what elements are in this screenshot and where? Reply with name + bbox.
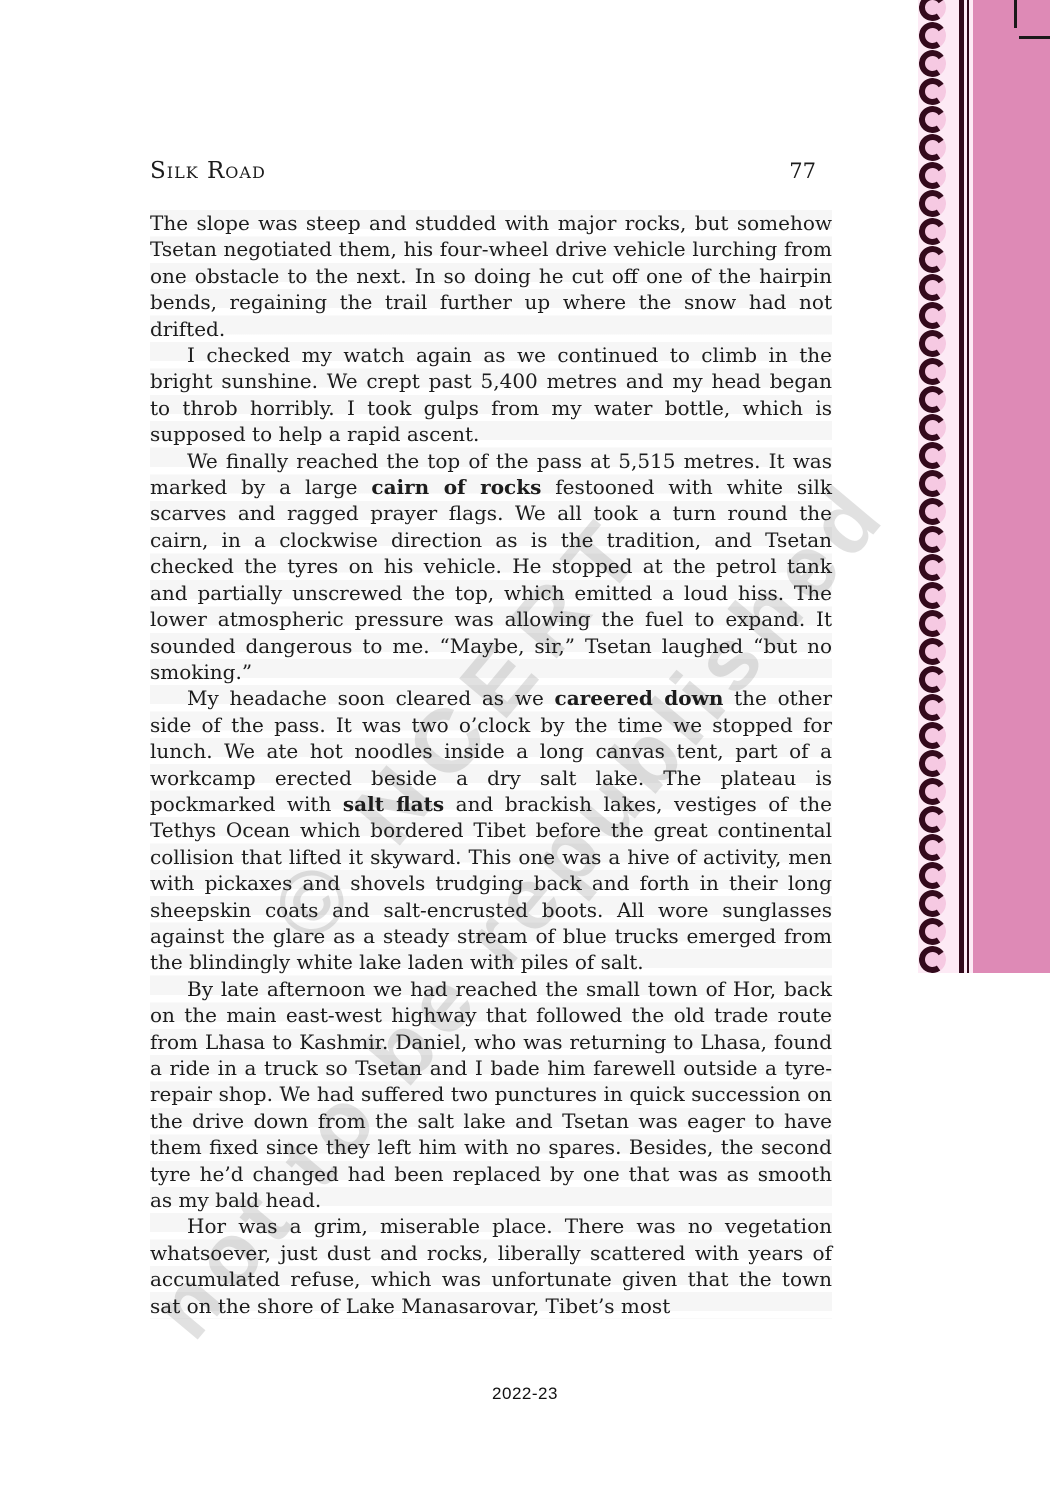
scroll-ornament (918, 104, 948, 135)
border-rule-thin (967, 0, 969, 973)
scroll-ornament (918, 20, 948, 51)
text-segment: I checked my watch again as we continued… (150, 343, 832, 446)
text-segment: Hor was a grim, miserable place. There w… (150, 1214, 832, 1317)
page-header: Silk Road 77 (150, 158, 832, 184)
scroll-ornament (918, 0, 948, 23)
scroll-ornament (918, 580, 948, 611)
scroll-ornament (918, 272, 948, 303)
scroll-border-band (918, 0, 973, 973)
page-footer: 2022-23 (0, 1384, 1050, 1404)
scroll-ornament (918, 804, 948, 835)
scroll-ornament (918, 216, 948, 247)
paragraph: My headache soon cleared as we careered … (150, 685, 832, 975)
text-segment: By late afternoon we had reached the sma… (150, 977, 832, 1212)
scroll-ornament (918, 384, 948, 415)
scroll-ornament (918, 692, 948, 723)
scroll-ornament (918, 76, 948, 107)
scroll-ornament (918, 356, 948, 387)
scroll-ornament (918, 48, 948, 79)
border-rule-thick (959, 0, 964, 973)
scroll-ornament (918, 832, 948, 863)
scroll-ornament (918, 188, 948, 219)
text-segment: festooned with white silk scarves and ra… (150, 475, 832, 684)
paragraph: By late afternoon we had reached the sma… (150, 976, 832, 1214)
scroll-ornament (918, 132, 948, 163)
scroll-ornament (918, 328, 948, 359)
glossary-bold-phrase: careered down (555, 686, 724, 710)
scroll-ornament-column (919, 0, 946, 973)
scroll-ornament (918, 496, 948, 527)
scroll-ornament (918, 160, 948, 191)
scroll-ornament (918, 608, 948, 639)
text-segment: My headache soon cleared as we (187, 686, 555, 710)
scroll-ornament (918, 776, 948, 807)
crop-mark-vertical (1014, 0, 1017, 28)
edition-year: 2022-23 (492, 1384, 558, 1403)
crop-mark-horizontal (1019, 36, 1050, 39)
paragraph: I checked my watch again as we continued… (150, 342, 832, 448)
text-segment: The slope was steep and studded with maj… (150, 211, 832, 341)
scroll-ornament (918, 720, 948, 751)
paragraph: The slope was steep and studded with maj… (150, 210, 832, 342)
scroll-ornament (918, 440, 948, 471)
glossary-bold-phrase: cairn of rocks (371, 475, 541, 499)
scroll-ornament (918, 664, 948, 695)
scroll-ornament (918, 860, 948, 891)
pink-edge-strip (973, 0, 1050, 973)
paragraph: Hor was a grim, miserable place. There w… (150, 1213, 832, 1319)
scroll-ornament (918, 300, 948, 331)
scroll-ornament (918, 524, 948, 555)
paragraph: We finally reached the top of the pass a… (150, 448, 832, 686)
book-page: © NCERT not to be republished Silk Road … (0, 0, 1050, 1500)
scroll-ornament (918, 552, 948, 583)
scroll-ornament (918, 244, 948, 275)
body-paragraphs: The slope was steep and studded with maj… (150, 210, 832, 1319)
scroll-ornament (918, 748, 948, 779)
scroll-ornament (918, 916, 948, 947)
page-number: 77 (789, 159, 832, 183)
scroll-ornament (918, 412, 948, 443)
glossary-bold-phrase: salt flats (343, 792, 444, 816)
scroll-ornament (918, 888, 948, 919)
scroll-ornament (918, 468, 948, 499)
scroll-ornament (918, 944, 948, 973)
scroll-ornament (918, 636, 948, 667)
text-segment: and brackish lakes, vestiges of the Teth… (150, 792, 832, 974)
chapter-title: Silk Road (150, 158, 266, 184)
